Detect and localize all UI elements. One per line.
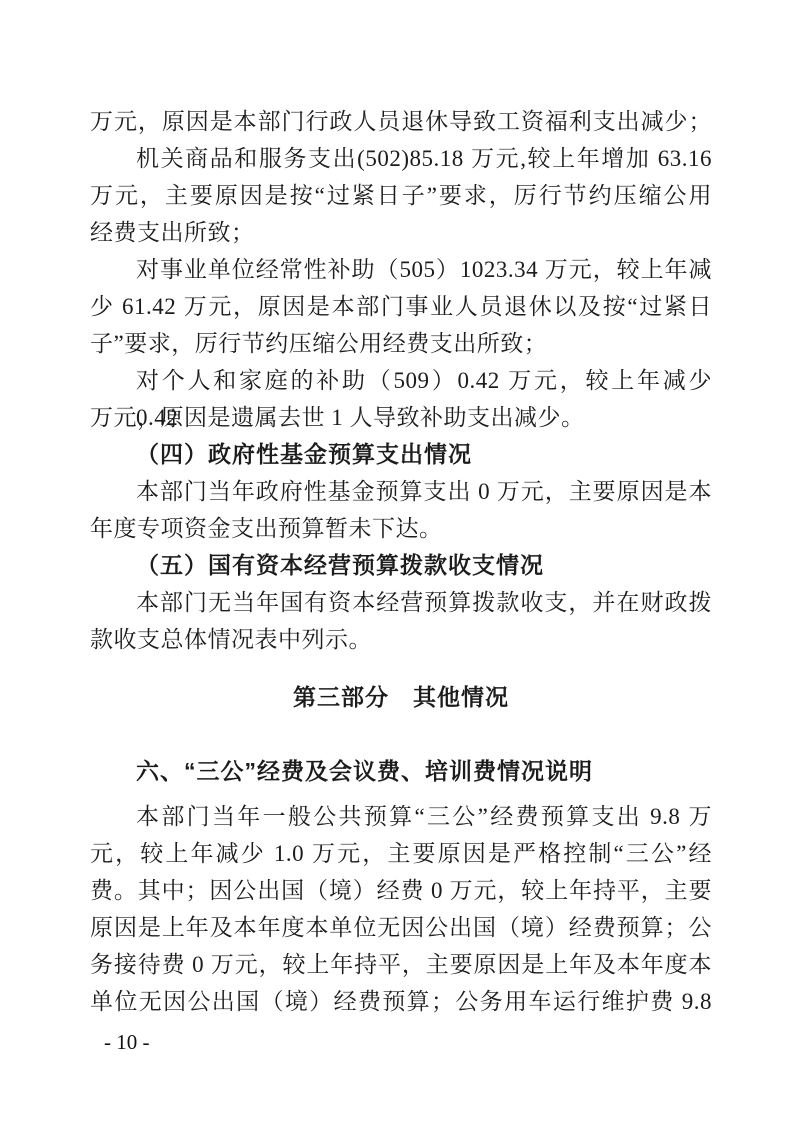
body-line: 元，较上年减少 1.0 万元，主要原因是严格控制“三公”经 — [90, 835, 712, 872]
section-title: 第三部分 其他情况 — [90, 679, 712, 716]
body-line: 对个人和家庭的补助（509）0.42 万元，较上年减少 0.42 — [90, 362, 712, 399]
body-line: 万元，原因是遗属去世 1 人导致补助支出减少。 — [90, 399, 712, 436]
body-line: 务接待费 0 万元，较上年持平，主要原因是上年及本年度本 — [90, 946, 712, 983]
page-number: - 10 - — [104, 1030, 150, 1054]
body-line: 本部门当年政府性基金预算支出 0 万元，主要原因是本 — [90, 473, 712, 510]
heading-line: 六、“三公”经费及会议费、培训费情况说明 — [90, 753, 712, 790]
body-line: 原因是上年及本年度本单位无因公出国（境）经费预算；公 — [90, 909, 712, 946]
body-line: 经费支出所致； — [90, 214, 712, 251]
heading-line: （五）国有资本经营预算拨款收支情况 — [90, 547, 712, 584]
body-line: 本部门无当年国有资本经营预算拨款收支，并在财政拨 — [90, 584, 712, 621]
body-line: 本部门当年一般公共预算“三公”经费预算支出 9.8 万 — [90, 798, 712, 835]
body-line: 子”要求，厉行节约压缩公用经费支出所致； — [90, 325, 712, 362]
body-line: 款收支总体情况表中列示。 — [90, 621, 712, 658]
body-line: 费。其中；因公出国（境）经费 0 万元，较上年持平，主要 — [90, 872, 712, 909]
body-line: 机关商品和服务支出(502)85.18 万元,较上年增加 63.16 — [90, 140, 712, 177]
document-page: 万元，原因是本部门行政人员退休导致工资福利支出减少；机关商品和服务支出(502)… — [0, 0, 793, 1122]
document-body: 万元，原因是本部门行政人员退休导致工资福利支出减少；机关商品和服务支出(502)… — [90, 103, 712, 1020]
body-line: 对事业单位经常性补助（505）1023.34 万元，较上年减 — [90, 251, 712, 288]
body-line: 单位无因公出国（境）经费预算；公务用车运行维护费 9.8 — [90, 983, 712, 1020]
body-line: 万元，原因是本部门行政人员退休导致工资福利支出减少； — [90, 103, 712, 140]
body-line: 少 61.42 万元，原因是本部门事业人员退休以及按“过紧日 — [90, 288, 712, 325]
body-line: 万元，主要原因是按“过紧日子”要求，厉行节约压缩公用 — [90, 177, 712, 214]
body-line: 年度专项资金支出预算暂未下达。 — [90, 510, 712, 547]
heading-line: （四）政府性基金预算支出情况 — [90, 436, 712, 473]
